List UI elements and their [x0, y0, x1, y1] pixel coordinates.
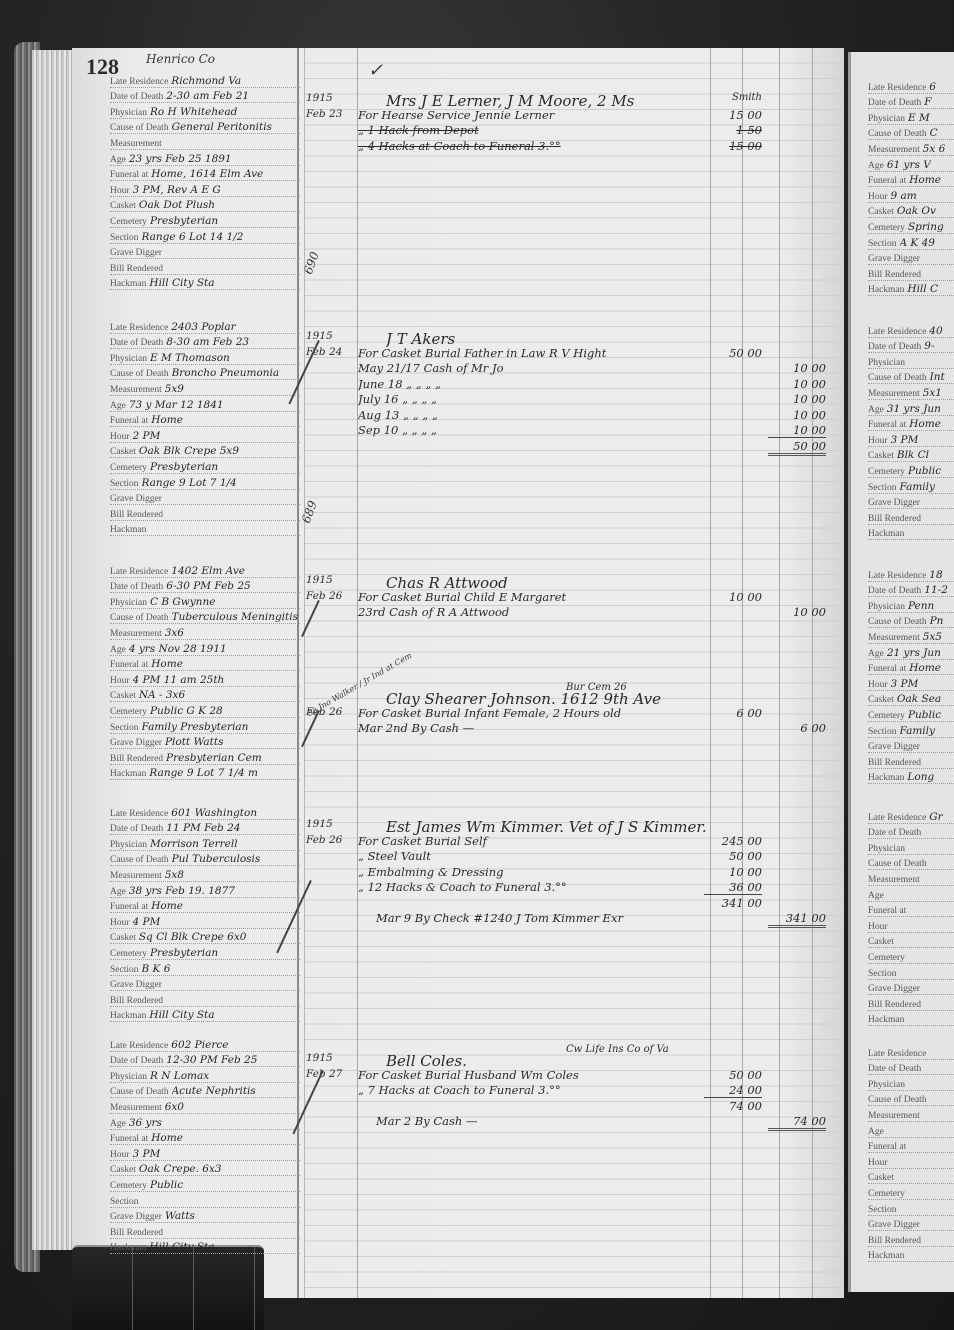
field-hour: Hour9 am [868, 187, 954, 203]
field-measurement: Measurement3x6 [110, 624, 300, 640]
ledger-line-credit: 10 00 [768, 423, 826, 438]
field-bill-rendered: Bill RenderedPresbyterian Cem [110, 749, 300, 765]
field-label: Hackman [868, 1015, 904, 1025]
ledger-line: July 16 „ „ „ „10 00 [306, 392, 836, 408]
field-value: Presbyterian [150, 461, 218, 473]
field-grave-digger: Grave Digger [110, 976, 300, 992]
field-measurement: Measurement [868, 870, 954, 886]
burial-record-1: Late ResidenceRichmond VaDate of Death2-… [110, 72, 300, 290]
field-label: Age [110, 1119, 126, 1129]
field-hackman: Hackman [868, 1011, 954, 1027]
field-cemetery: Cemetery [868, 1184, 954, 1200]
field-value: Home [151, 658, 183, 670]
ledger-line: „ 1 Hack from Depot1 50 [306, 123, 836, 139]
field-label: Late Residence [868, 327, 926, 337]
field-date-of-death: Date of Death11 PM Feb 24 [110, 820, 300, 836]
field-cause-of-death: Cause of DeathPn [868, 613, 954, 629]
field-section: SectionFamily [868, 478, 954, 494]
ledger-line-debit: 36 00 [704, 880, 762, 895]
field-hour: Hour [868, 917, 954, 933]
field-physician: PhysicianE M Thomason [110, 349, 300, 365]
ledger-line-description: „ Embalming & Dressing [358, 865, 698, 879]
field-label: Bill Rendered [868, 514, 921, 524]
field-label: Measurement [110, 385, 162, 395]
field-label: Cause of Death [110, 369, 169, 379]
ledger-line: Sep 10 „ „ „ „10 00 [306, 423, 836, 439]
field-funeral-at: Funeral atHome [868, 172, 954, 188]
field-label: Cemetery [110, 949, 147, 959]
ledger-line-description: „ 7 Hacks at Coach to Funeral 3.°° [358, 1083, 698, 1097]
ledger-year: 1915 [306, 92, 358, 104]
field-value: Presbyterian Cem [166, 752, 262, 764]
field-value: 2 PM [133, 430, 161, 442]
field-label: Bill Rendered [868, 270, 921, 280]
field-value: 5x8 [165, 869, 184, 881]
field-label: Grave Digger [868, 742, 920, 752]
field-date-of-death: Date of Death9- [868, 338, 954, 354]
field-label: Grave Digger [110, 494, 162, 504]
field-label: Late Residence [110, 809, 168, 819]
ledger-heading-row: 1915Bell Coles.Cw Life Ins Co of Va [306, 1052, 836, 1068]
ledger-heading-row: 1915Est James Wm Kimmer. Vet of J S Kimm… [306, 818, 836, 834]
field-grave-digger: Grave Digger [868, 980, 954, 996]
field-label: Funeral at [110, 416, 148, 426]
field-date-of-death: Date of Death2-30 am Feb 21 [110, 88, 300, 104]
field-value: 3 PM [891, 678, 919, 690]
field-section: Section [110, 1192, 300, 1208]
field-bill-rendered: Bill Rendered [868, 265, 954, 281]
field-label: Hour [868, 192, 888, 202]
field-age: Age73 y Mar 12 1841 [110, 396, 300, 412]
field-label: Hackman [110, 525, 146, 535]
ledger-line-credit: 10 00 [768, 377, 826, 391]
field-age: Age61 yrs V [868, 156, 954, 172]
ledger-payment-credit: 341 00 [768, 911, 826, 928]
field-value: 3x6 [165, 627, 184, 639]
field-grave-digger: Grave Digger [868, 494, 954, 510]
field-value: 11 PM Feb 24 [166, 822, 240, 834]
field-value: Richmond Va [171, 75, 241, 87]
field-label: Hackman [110, 1243, 146, 1253]
field-late-residence: Late ResidenceRichmond Va [110, 72, 300, 88]
field-funeral-at: Funeral atHome [110, 1130, 300, 1146]
field-measurement: Measurement5x5 [868, 628, 954, 644]
field-casket: CasketOak Sea [868, 691, 954, 707]
field-measurement: Measurement5x9 [110, 380, 300, 396]
field-label: Grave Digger [868, 1220, 920, 1230]
field-value: Public [908, 709, 941, 721]
field-late-residence: Late ResidenceGr [868, 808, 954, 824]
field-label: Cemetery [110, 1181, 147, 1191]
field-hackman: HackmanHill C [868, 281, 954, 297]
field-value: 3 PM [133, 1148, 161, 1160]
field-late-residence: Late Residence601 Washington [110, 804, 300, 820]
field-label: Grave Digger [110, 248, 162, 258]
field-label: Section [110, 1197, 139, 1207]
ledger-line-description: Sep 10 „ „ „ „ [358, 423, 698, 437]
field-label: Age [868, 649, 884, 659]
ledger-entry-1: 1915Mrs J E Lerner, J M Moore, 2 MsSmith… [306, 92, 836, 154]
field-funeral-at: Funeral at [868, 1138, 954, 1154]
ledger-line: „ 4 Hacks at Coach to Funeral 3.°°15 00 [306, 139, 836, 155]
field-label: Physician [868, 844, 905, 854]
burial-record-5: Late Residence602 PierceDate of Death12-… [110, 1036, 300, 1254]
ledger-line-credit: 10 00 [768, 605, 826, 619]
ledger-line: Aug 13 „ „ „ „10 00 [306, 408, 836, 424]
field-label: Cemetery [868, 467, 905, 477]
ledger-total-row: 50 00 [306, 439, 836, 455]
field-value: Public [150, 1179, 183, 1191]
field-label: Grave Digger [110, 980, 162, 990]
field-hour: Hour3 PM, Rev A E G [110, 181, 300, 197]
ledger-line-description: For Casket Burial Husband Wm Coles [358, 1068, 698, 1082]
ledger-line-description: May 21/17 Cash of Mr Jo [358, 361, 698, 375]
field-value: E M [908, 112, 930, 124]
burial-record-2: Late Residence2403 PoplarDate of Death8-… [110, 318, 300, 536]
field-value: Oak Crepe. 6x3 [139, 1163, 222, 1175]
field-label: Funeral at [110, 660, 148, 670]
next-page-record-2: Late Residence40Date of Death9-Physician… [868, 322, 954, 540]
field-label: Age [868, 891, 884, 901]
field-value: Blk Cl [897, 449, 929, 461]
field-label: Cause of Death [868, 859, 927, 869]
field-label: Date of Death [110, 1056, 163, 1066]
field-label: Funeral at [868, 1142, 906, 1152]
ledger-line-debit: 50 00 [704, 1068, 762, 1082]
field-casket: CasketOak Dot Plush [110, 197, 300, 213]
field-section: SectionFamily Presbyterian [110, 718, 300, 734]
field-label: Late Residence [110, 323, 168, 333]
ledger-line-debit: 50 00 [704, 849, 762, 863]
field-late-residence: Late Residence1402 Elm Ave [110, 562, 300, 578]
field-hour: Hour4 PM 11 am 25th [110, 671, 300, 687]
field-label: Section [110, 723, 139, 733]
field-cause-of-death: Cause of DeathC [868, 125, 954, 141]
field-value: 5x5 [923, 631, 942, 643]
field-label: Cemetery [110, 463, 147, 473]
book-clamp [72, 1245, 264, 1330]
field-label: Bill Rendered [110, 754, 163, 764]
field-label: Cause of Death [110, 1087, 169, 1097]
field-value: 12-30 PM Feb 25 [166, 1054, 257, 1066]
field-value: E M Thomason [150, 352, 230, 364]
field-label: Casket [868, 937, 894, 947]
field-hackman: HackmanHill City Sta [110, 275, 300, 291]
field-value: Gr [929, 811, 942, 823]
field-casket: CasketNA - 3x6 [110, 687, 300, 703]
ledger-line-debit: 10 00 [704, 590, 762, 604]
field-label: Hour [868, 436, 888, 446]
field-value: 40 [929, 325, 942, 337]
field-value: C B Gwynne [150, 596, 215, 608]
field-label: Date of Death [868, 1064, 921, 1074]
field-label: Date of Death [110, 582, 163, 592]
field-casket: CasketOak Ov [868, 203, 954, 219]
ledger-heading-row: 1915Chas R Attwood [306, 574, 836, 590]
ledger-line-description: Aug 13 „ „ „ „ [358, 408, 698, 422]
field-casket: CasketBlk Cl [868, 447, 954, 463]
field-bill-rendered: Bill Rendered [110, 259, 300, 275]
field-date-of-death: Date of Death11-2 [868, 582, 954, 598]
field-late-residence: Late Residence602 Pierce [110, 1036, 300, 1052]
field-age: Age [868, 886, 954, 902]
field-casket: Casket [868, 933, 954, 949]
field-funeral-at: Funeral atHome [110, 656, 300, 672]
field-value: Hill City Sta [149, 1009, 214, 1021]
field-label: Section [868, 969, 897, 979]
field-bill-rendered: Bill Rendered [110, 991, 300, 1007]
field-section: SectionRange 9 Lot 7 1/4 [110, 474, 300, 490]
field-label: Late Residence [868, 813, 926, 823]
field-label: Bill Rendered [868, 1236, 921, 1246]
ledger-line-date: Feb 26 [306, 834, 358, 846]
field-label: Late Residence [868, 1049, 926, 1059]
field-label: Hour [868, 1158, 888, 1168]
ledger-line-description: „ 4 Hacks at Coach to Funeral 3.°° [358, 139, 698, 153]
field-funeral-at: Funeral atHome [110, 898, 300, 914]
ledger-line-date: Feb 23 [306, 108, 358, 120]
ledger-line: Feb 26For Casket Burial Infant Female, 2… [306, 706, 836, 722]
field-physician: PhysicianRo H Whitehead [110, 103, 300, 119]
burial-record-4: Late Residence601 WashingtonDate of Deat… [110, 804, 300, 1022]
ledger-line: Feb 24For Casket Burial Father in Law R … [306, 346, 836, 362]
ledger-entry-3-b: Clay Shearer Johnson. 1612 9th AveBur Ce… [306, 690, 836, 737]
field-label: Date of Death [110, 338, 163, 348]
field-value: Pn [930, 615, 944, 627]
ledger-line: „ 12 Hacks & Coach to Funeral 3.°°36 00 [306, 880, 836, 896]
field-value: NA - 3x6 [139, 689, 185, 701]
field-late-residence: Late Residence40 [868, 322, 954, 338]
ledger-line-description: „ 12 Hacks & Coach to Funeral 3.°° [358, 880, 698, 894]
field-value: 601 Washington [171, 807, 257, 819]
ledger-line: „ Embalming & Dressing10 00 [306, 865, 836, 881]
ledger-payment-description: Mar 9 By Check #1240 J Tom Kimmer Exr [376, 911, 716, 925]
field-value: 61 yrs V [887, 159, 931, 171]
field-funeral-at: Funeral atHome, 1614 Elm Ave [110, 166, 300, 182]
field-age: Age38 yrs Feb 19. 1877 [110, 882, 300, 898]
ledger-line-description: For Casket Burial Self [358, 834, 698, 848]
field-value: 23 yrs Feb 25 1891 [129, 153, 232, 165]
field-cause-of-death: Cause of Death [868, 1091, 954, 1107]
field-bill-rendered: Bill Rendered [110, 505, 300, 521]
field-hackman: HackmanRange 9 Lot 7 1/4 m [110, 765, 300, 781]
field-bill-rendered: Bill Rendered [110, 1223, 300, 1239]
ledger-line-debit: 6 00 [704, 706, 762, 720]
field-value: 5x 6 [923, 143, 946, 155]
ledger-line-description: June 18 „ „ „ „ [358, 377, 698, 391]
field-hackman: Hackman [110, 521, 300, 537]
field-date-of-death: Date of Death8-30 am Feb 23 [110, 334, 300, 350]
field-label: Funeral at [110, 170, 148, 180]
field-date-of-death: Date of Death [868, 1060, 954, 1076]
field-value: 6x0 [165, 1101, 184, 1113]
field-grave-digger: Grave Digger [110, 244, 300, 260]
field-date-of-death: Date of Death12-30 PM Feb 25 [110, 1052, 300, 1068]
ledger-line-date: Feb 27 [306, 1068, 358, 1080]
field-value: Acute Nephritis [172, 1085, 256, 1097]
field-label: Hour [110, 676, 130, 686]
field-value: Sq Cl Blk Crepe 6x0 [139, 931, 247, 943]
field-value: Spring [908, 221, 944, 233]
field-label: Casket [110, 447, 136, 457]
ledger-line-description: For Casket Burial Father in Law R V High… [358, 346, 698, 360]
field-value: Hill C [907, 283, 938, 295]
field-label: Physician [868, 358, 905, 368]
field-casket: CasketOak Crepe. 6x3 [110, 1161, 300, 1177]
field-physician: Physician [868, 353, 954, 369]
field-label: Funeral at [110, 902, 148, 912]
field-cause-of-death: Cause of DeathInt [868, 369, 954, 385]
field-value: B K 6 [142, 963, 171, 975]
field-cemetery: CemeteryPublic [110, 1176, 300, 1192]
field-label: Age [110, 887, 126, 897]
ledger-entry-4: 1915Est James Wm Kimmer. Vet of J S Kimm… [306, 818, 836, 927]
field-label: Funeral at [110, 1134, 148, 1144]
ledger-line-debit: 15 00 [704, 108, 762, 122]
field-physician: PhysicianPenn [868, 597, 954, 613]
field-physician: PhysicianE M [868, 109, 954, 125]
field-measurement: Measurement5x8 [110, 866, 300, 882]
field-label: Age [110, 155, 126, 165]
field-label: Hackman [110, 1011, 146, 1021]
ledger-line: May 21/17 Cash of Mr Jo10 00 [306, 361, 836, 377]
field-label: Age [110, 401, 126, 411]
field-value: Morrison Terrell [150, 838, 238, 850]
ledger-line: Mar 2nd By Cash —6 00 [306, 721, 836, 737]
field-cause-of-death: Cause of Death [868, 855, 954, 871]
field-value: Home, 1614 Elm Ave [151, 168, 263, 180]
ledger-year: 1915 [306, 1052, 358, 1064]
field-label: Physician [868, 602, 905, 612]
ledger-heading-note: Cw Life Ins Co of Va [566, 1044, 766, 1055]
field-value: Range 9 Lot 7 1/4 [142, 477, 237, 489]
field-label: Date of Death [110, 824, 163, 834]
ledger-total-credit: 50 00 [768, 439, 826, 456]
ledger-line-description: 23rd Cash of R A Attwood [358, 605, 698, 619]
field-cause-of-death: Cause of DeathBroncho Pneumonia [110, 365, 300, 381]
field-label: Cause of Death [110, 613, 169, 623]
ledger-line-description: For Hearse Service Jennie Lerner [358, 108, 698, 122]
field-age: Age31 yrs Jun [868, 400, 954, 416]
field-label: Hackman [110, 279, 146, 289]
field-label: Section [868, 483, 897, 493]
field-label: Date of Death [868, 98, 921, 108]
field-label: Hour [110, 432, 130, 442]
field-date-of-death: Date of Death6-30 PM Feb 25 [110, 578, 300, 594]
field-value: Home [151, 414, 183, 426]
ledger-line-credit: 10 00 [768, 408, 826, 422]
field-label: Cause of Death [868, 373, 927, 383]
field-label: Physician [110, 598, 147, 608]
field-value: Broncho Pneumonia [172, 367, 280, 379]
field-value: Public [908, 465, 941, 477]
field-label: Cemetery [868, 953, 905, 963]
field-age: Age4 yrs Nov 28 1911 [110, 640, 300, 656]
field-label: Section [110, 479, 139, 489]
field-measurement: Measurement [110, 134, 300, 150]
field-label: Late Residence [868, 571, 926, 581]
ledger-line-description: For Casket Burial Child E Margaret [358, 590, 698, 604]
field-label: Casket [868, 695, 894, 705]
ledger-heading-note: Bur Cem 26 [566, 682, 766, 693]
field-label: Casket [868, 1173, 894, 1183]
field-value: 3 PM, Rev A E G [133, 184, 221, 196]
field-value: 73 y Mar 12 1841 [129, 399, 224, 411]
field-section: SectionA K 49 [868, 234, 954, 250]
ledger-line-debit: 10 00 [704, 865, 762, 879]
field-hour: Hour3 PM [110, 1145, 300, 1161]
field-section: Section [868, 964, 954, 980]
field-label: Section [868, 239, 897, 249]
field-cause-of-death: Cause of DeathPul Tuberculosis [110, 851, 300, 867]
field-value: Int [930, 371, 945, 383]
check-mark-icon: ✓ [368, 60, 383, 81]
field-label: Bill Rendered [110, 510, 163, 520]
field-funeral-at: Funeral atHome [868, 416, 954, 432]
field-late-residence: Late Residence6 [868, 78, 954, 94]
field-cause-of-death: Cause of DeathGeneral Peritonitis [110, 119, 300, 135]
ledger-subtotal: 74 00 [704, 1099, 762, 1113]
next-page-record-1: Late Residence6Date of DeathFPhysicianE … [868, 78, 954, 296]
field-value: 11-2 [924, 584, 948, 596]
field-cemetery: CemeteryPublic G K 28 [110, 702, 300, 718]
ledger-line-credit: 6 00 [768, 721, 826, 735]
field-label: Date of Death [110, 92, 163, 102]
field-hackman: HackmanHill City Sta [110, 1239, 300, 1255]
field-value: 38 yrs Feb 19. 1877 [129, 885, 235, 897]
field-label: Grave Digger [868, 498, 920, 508]
field-funeral-at: Funeral at [868, 902, 954, 918]
ledger-year: 1915 [306, 574, 358, 586]
field-label: Grave Digger [110, 1212, 162, 1222]
field-cemetery: CemeteryPresbyterian [110, 212, 300, 228]
field-label: Funeral at [868, 420, 906, 430]
field-value: Home [909, 662, 941, 674]
ledger-line-debit: 24 00 [704, 1083, 762, 1098]
field-value: 6 [929, 81, 936, 93]
field-label: Date of Death [868, 342, 921, 352]
field-value: A K 49 [900, 237, 935, 249]
field-label: Measurement [868, 145, 920, 155]
field-label: Late Residence [110, 567, 168, 577]
field-hour: Hour [868, 1153, 954, 1169]
field-label: Cemetery [110, 217, 147, 227]
ledger-entry-3: 1915Chas R AttwoodFeb 26For Casket Buria… [306, 574, 836, 621]
ledger-line: „ Steel Vault50 00 [306, 849, 836, 865]
ledger-line: 23rd Cash of R A Attwood10 00 [306, 605, 836, 621]
field-cemetery: CemeteryPublic [868, 462, 954, 478]
field-cemetery: Cemetery [868, 948, 954, 964]
field-value: 4 PM 11 am 25th [133, 674, 225, 686]
field-value: 4 PM [133, 916, 161, 928]
field-label: Casket [110, 1165, 136, 1175]
field-label: Funeral at [868, 176, 906, 186]
field-late-residence: Late Residence18 [868, 566, 954, 582]
field-label: Bill Rendered [110, 996, 163, 1006]
field-value: Family [900, 725, 935, 737]
field-value: 1402 Elm Ave [171, 565, 245, 577]
field-label: Cause of Death [110, 123, 169, 133]
field-value: Presbyterian [150, 947, 218, 959]
field-label: Late Residence [868, 83, 926, 93]
field-hour: Hour3 PM [868, 675, 954, 691]
field-value: 5x1 [923, 387, 942, 399]
field-measurement: Measurement5x 6 [868, 140, 954, 156]
ledger-line-description: „ 1 Hack from Depot [358, 123, 698, 137]
field-date-of-death: Date of Death [868, 824, 954, 840]
field-grave-digger: Grave Digger [868, 738, 954, 754]
field-label: Late Residence [110, 1041, 168, 1051]
